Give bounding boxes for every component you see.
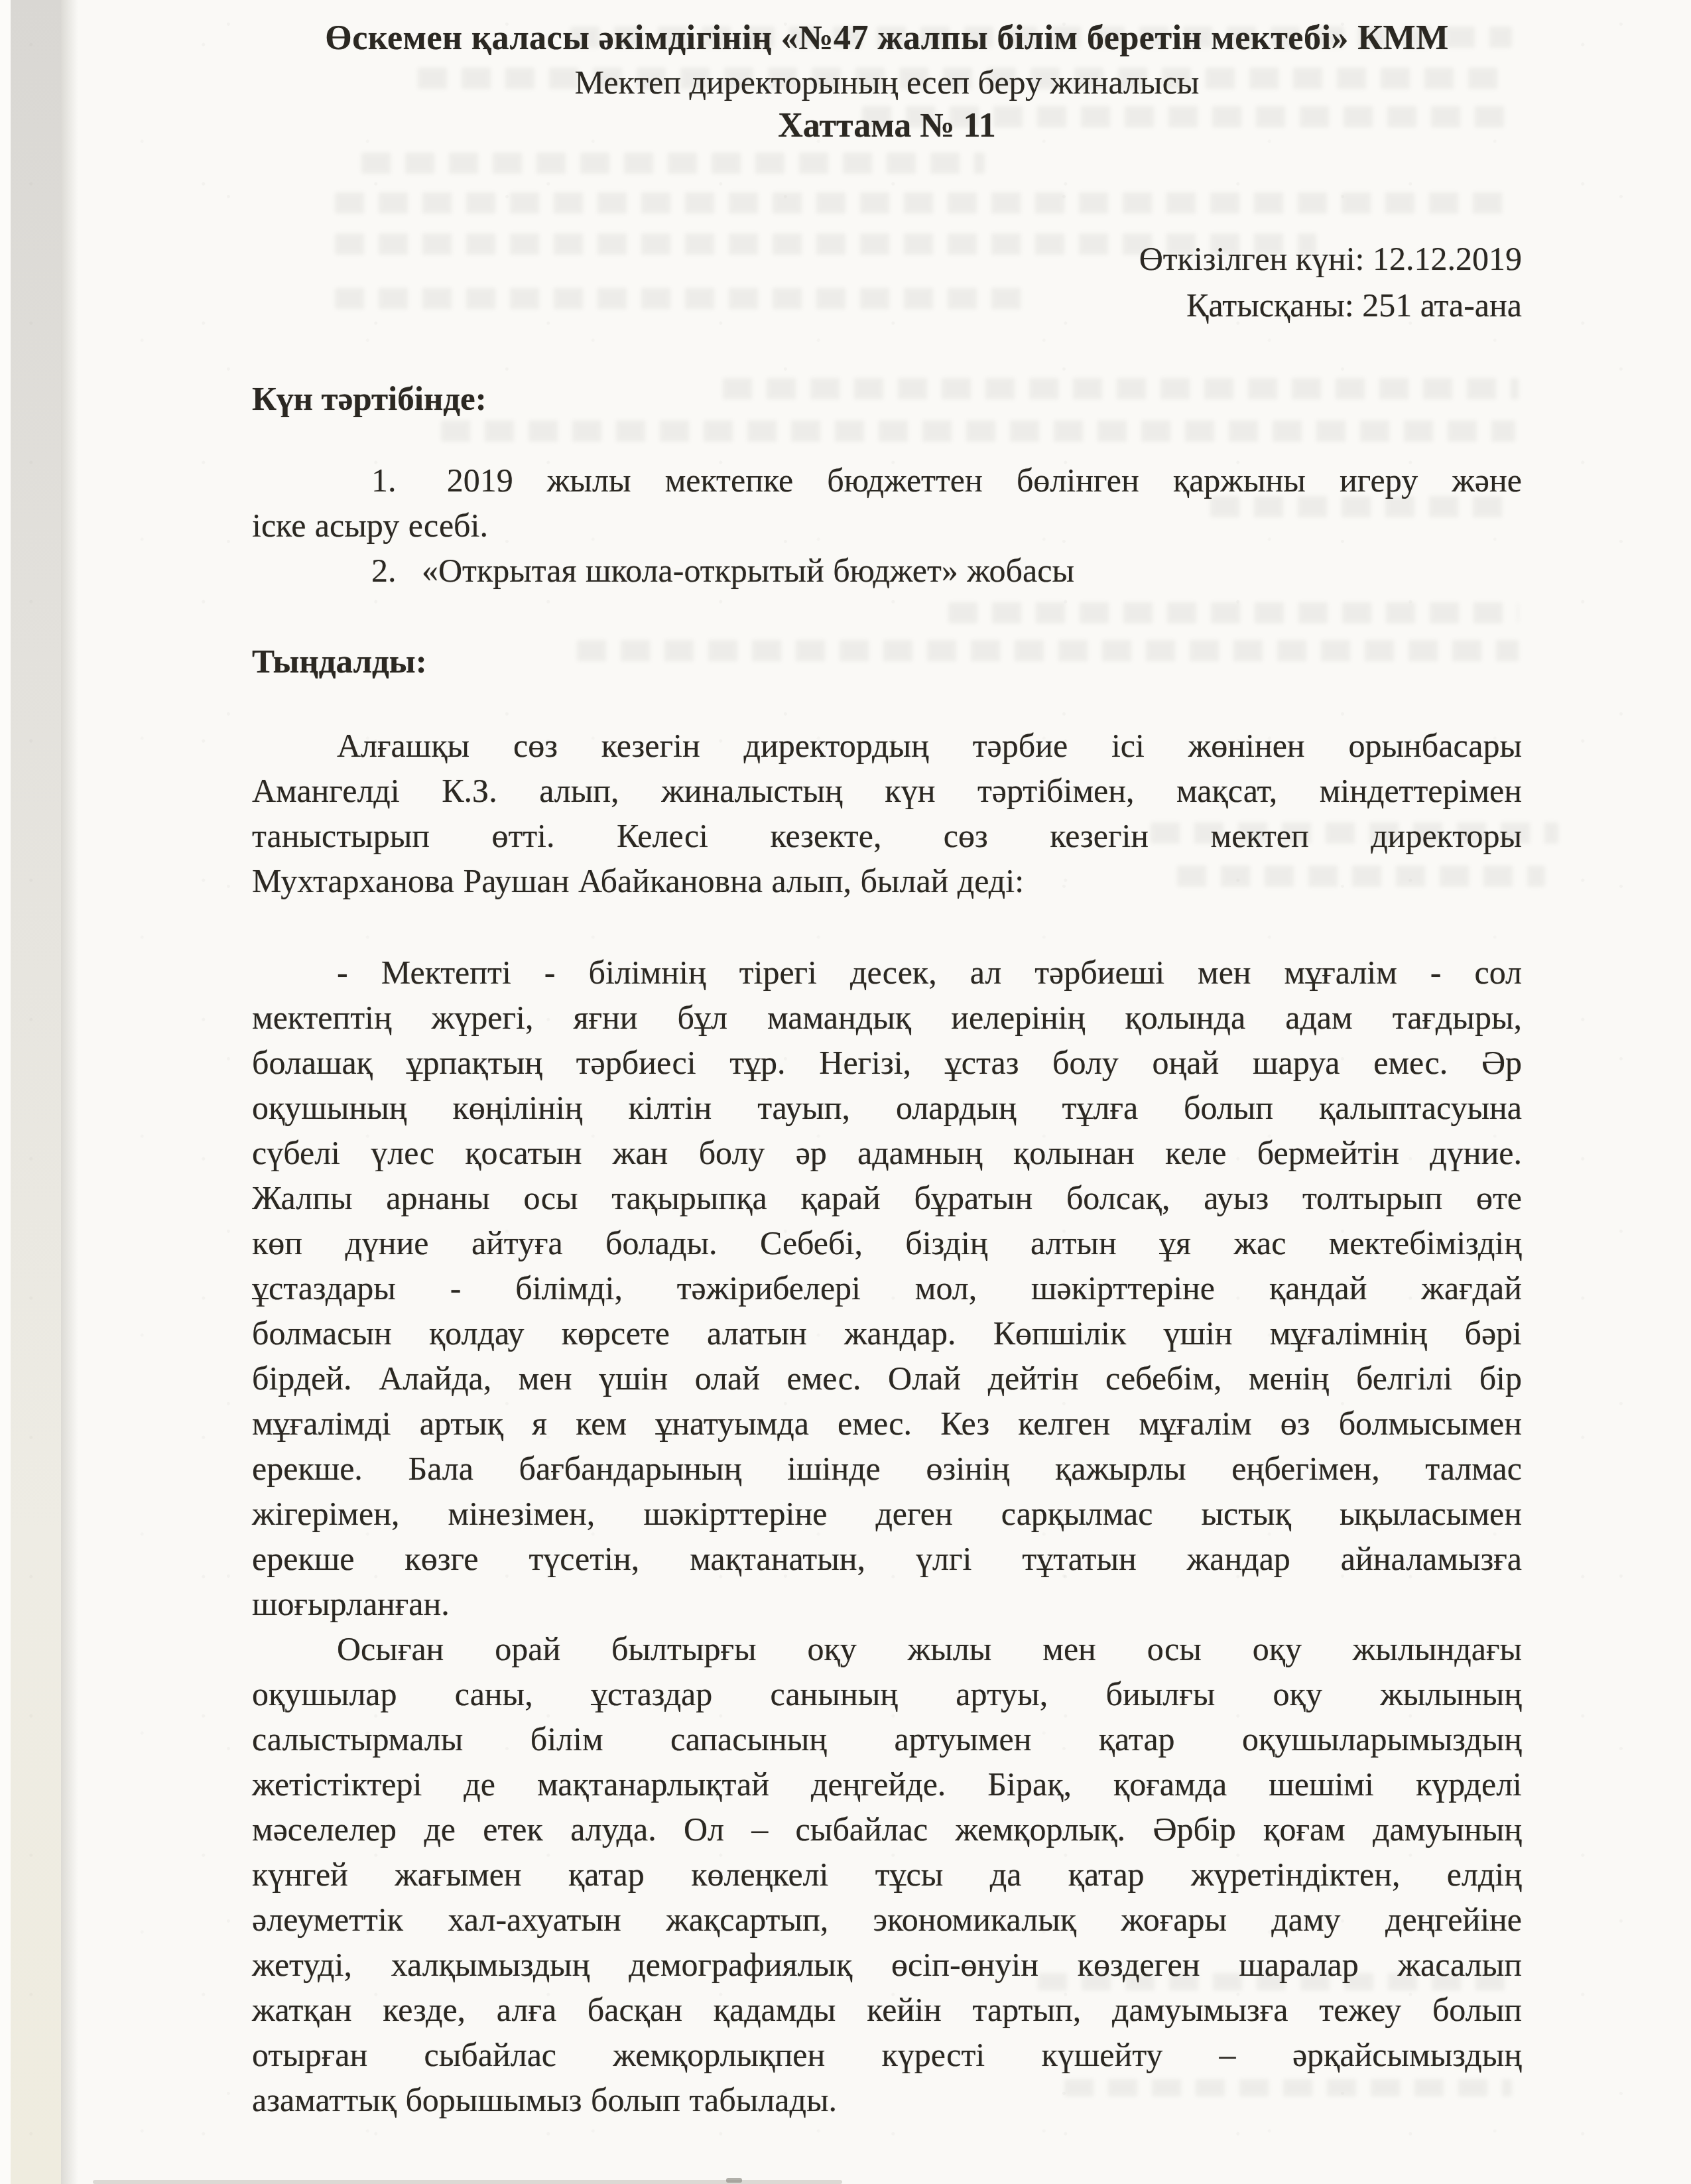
text-line: мұғалімді артық я кем ұнатуымда емес. Ке…	[252, 1401, 1522, 1446]
document-content: Өскемен қаласы әкімдігінің «№47 жалпы бі…	[252, 17, 1522, 2122]
scan-left-edge	[0, 0, 11, 2184]
text-line: азаматтық борышымыз болып табылады.	[252, 2077, 1522, 2122]
text-line: ұстаздары - білімді, тәжірибелері мол, ш…	[252, 1265, 1522, 1311]
text-line: 1. 2019 жылы мектепке бюджеттен бөлінген…	[252, 458, 1522, 503]
attendance-count: Қатысқаны: 251 ата-ана	[252, 282, 1522, 328]
document-subtitle: Мектеп директорының есеп беру жиналысы	[252, 60, 1522, 104]
text-line: жігерімен, мінезімен, шәкірттеріне деген…	[252, 1491, 1522, 1536]
text-line: ерекше. Бала бағбандарының ішінде өзінің…	[252, 1446, 1522, 1491]
text-line: ерекше көзге түсетін, мақтанатын, үлгі т…	[252, 1536, 1522, 1581]
body-paragraph-1: Алғашқы сөз кезегін директордың тәрбие і…	[252, 723, 1522, 903]
scan-bottom-speck	[726, 2178, 742, 2183]
text-line: мәселелер де етек алуда. Ол – сыбайлас ж…	[252, 1807, 1522, 1852]
text-line: болмасын қолдау көрсете алатын жандар. К…	[252, 1311, 1522, 1356]
meeting-date: Өткізілген күні: 12.12.2019	[252, 235, 1522, 282]
text-line: таныстырып өтті. Келесі кезекте, сөз кез…	[252, 813, 1522, 858]
text-line: Жалпы арнаны осы тақырыпқа қарай бұратын…	[252, 1175, 1522, 1220]
text-line: отырған сыбайлас жемқорлықпен күресті кү…	[252, 2032, 1522, 2077]
text-line: - Мектепті - білімнің тірегі десек, ал т…	[252, 950, 1522, 995]
text-line: Амангелді К.З. алып, жиналыстың күн тәрт…	[252, 768, 1522, 813]
agenda-item-1: 1. 2019 жылы мектепке бюджеттен бөлінген…	[252, 458, 1522, 548]
scan-edge-shadow-fade	[61, 0, 78, 2184]
text-line: жатқан кезде, алға басқан қадамды кейін …	[252, 1987, 1522, 2032]
text-line: салыстырмалы білім сапасының артуымен қа…	[252, 1716, 1522, 1762]
text-line: Осыған орай былтырғы оқу жылы мен осы оқ…	[252, 1626, 1522, 1671]
text-line: оқушының көңілінің кілтін тауып, олардың…	[252, 1085, 1522, 1130]
text-line: іске асыру есебі.	[252, 503, 1522, 548]
text-line: 2. «Открытая школа-открытый бюджет» жоба…	[252, 548, 1522, 593]
heard-heading: Тыңдалды:	[252, 639, 1522, 684]
document-title: Өскемен қаласы әкімдігінің «№47 жалпы бі…	[252, 17, 1522, 60]
text-line: оқушылар саны, ұстаздар санының артуы, б…	[252, 1671, 1522, 1716]
text-line: жетуді, халқымыздың демографиялық өсіп-ө…	[252, 1942, 1522, 1987]
agenda-item-2: 2. «Открытая школа-открытый бюджет» жоба…	[252, 548, 1522, 593]
text-line: күнгей жағымен қатар көлеңкелі тұсы да қ…	[252, 1852, 1522, 1897]
text-line: болашақ ұрпақтың тәрбиесі тұр. Негізі, ұ…	[252, 1040, 1522, 1085]
meeting-meta: Өткізілген күні: 12.12.2019 Қатысқаны: 2…	[252, 235, 1522, 328]
text-line: Мухтарханова Раушан Абайкановна алып, бы…	[252, 858, 1522, 903]
text-line: шоғырланған.	[252, 1581, 1522, 1626]
text-line: сүбелі үлес қосатын жан болу әр адамның …	[252, 1130, 1522, 1175]
text-line: мектептің жүрегі, яғни бұл мамандық иеле…	[252, 995, 1522, 1040]
text-line: Алғашқы сөз кезегін директордың тәрбие і…	[252, 723, 1522, 768]
scanned-document-page: Өскемен қаласы әкімдігінің «№47 жалпы бі…	[0, 0, 1691, 2184]
body-paragraph-3: Осыған орай былтырғы оқу жылы мен осы оқ…	[252, 1626, 1522, 2122]
text-line: көп дүние айтуға болады. Себебі, біздің …	[252, 1220, 1522, 1265]
body-paragraph-2: - Мектепті - білімнің тірегі десек, ал т…	[252, 950, 1522, 1626]
text-line: жетістіктері де мақтанарлықтай деңгейде.…	[252, 1762, 1522, 1807]
text-line: бірдей. Алайда, мен үшін олай емес. Олай…	[252, 1356, 1522, 1401]
text-line: әлеуметтік хал-ахуатын жақсартып, эконом…	[252, 1897, 1522, 1942]
protocol-number: Хаттама № 11	[252, 104, 1522, 148]
scan-edge-shadow	[11, 0, 61, 2184]
agenda-heading: Күн тәртібінде:	[252, 377, 1522, 422]
